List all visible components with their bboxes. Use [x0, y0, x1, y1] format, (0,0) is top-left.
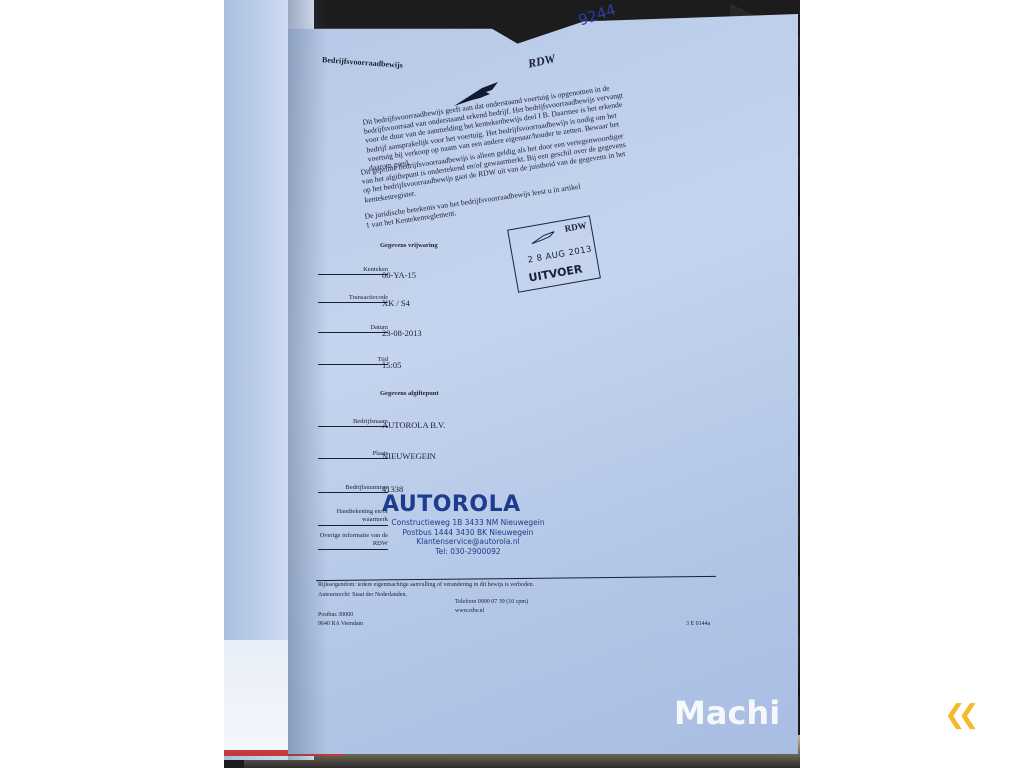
footer-notice-copyright: Auteursrecht: Staat der Nederlanden.	[318, 592, 407, 598]
stamp-issuer: RDW	[564, 220, 587, 234]
field-label-bedrijfsnaam: Bedrijfsnaam	[318, 418, 388, 427]
field-label-datum: Datum	[318, 324, 388, 333]
field-label-kenteken: Kenteken	[318, 266, 388, 275]
watermark-text: Machi	[674, 694, 780, 732]
footer-divider	[316, 576, 716, 581]
field-label-tijd: Tijd	[318, 356, 388, 365]
field-value-tijd: 15:05	[382, 360, 401, 370]
section-heading-vrijwaring: Gegevens vrijwaring	[380, 242, 438, 249]
field-value-transactiecode: XK / S4	[382, 298, 410, 308]
stamp-date: 2 8 AUG 2013	[527, 244, 593, 265]
stamp-type: UITVOER	[528, 262, 584, 284]
autorola-stamp-name: AUTOROLA	[382, 492, 521, 517]
document-content: 9244 Bedrijfsvoorraadbewijs RDW Dit bedr…	[0, 0, 1024, 768]
footer-notice-ownership: Rijkseigendom: iedere eigenmachtige aanv…	[318, 582, 534, 588]
footer-postal-city: 9640 RA Veendam	[318, 621, 363, 627]
autorola-stamp-address: Constructieweg 1B 3433 NM Nieuwegein Pos…	[378, 518, 558, 556]
field-value-plaats: NIEUWEGEIN	[382, 451, 436, 461]
field-label-plaats: Plaats	[318, 450, 388, 459]
footer-postbus: Postbus 30000	[318, 612, 353, 618]
rdw-stamp-logo-icon	[529, 230, 556, 244]
field-label-transactiecode: Transactiecode	[318, 294, 388, 303]
double-chevron-left-icon: ❮❮	[944, 700, 972, 730]
handwritten-note: 9244	[576, 1, 618, 30]
footer-website: www.rdw.nl	[455, 608, 484, 614]
stamp-line: Postbus 1444 3430 BK Nieuwegein	[378, 528, 558, 538]
section-heading-afgiftepunt: Gegevens afgiftepunt	[380, 390, 439, 397]
stamp-line: Constructieweg 1B 3433 NM Nieuwegein	[378, 518, 558, 528]
field-value-bedrijfsnaam: AUTOROLA B.V.	[382, 420, 445, 430]
footer-form-code: 3 E 0144a	[686, 621, 710, 627]
field-label-bedrijfsnummer: Bedrijfsnummer	[318, 484, 388, 493]
footer-phone: Telefoon 0900 07 39 (10 cpm)	[455, 599, 528, 605]
field-value-datum: 23-08-2013	[382, 328, 422, 338]
document-title: Bedrijfsvoorraadbewijs	[322, 55, 403, 70]
rdw-export-stamp: RDW 2 8 AUG 2013 UITVOER	[507, 215, 601, 293]
issuer-title: RDW	[527, 51, 557, 71]
stamp-line: Klantenservice@autorola.nl	[378, 537, 558, 547]
field-value-kenteken: 00-YA-15	[382, 270, 416, 280]
stamp-line: Tel: 030-2900092	[378, 547, 558, 557]
